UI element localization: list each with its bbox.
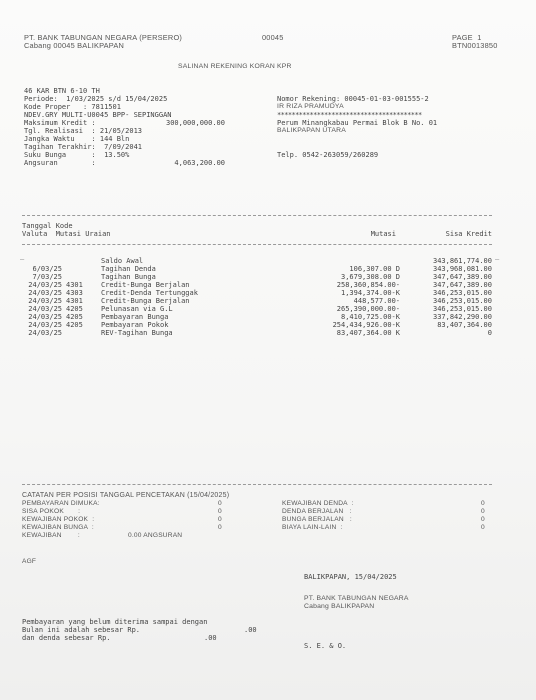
customer-name: IR RIZA PRAMUDYA <box>277 103 344 111</box>
tgl-realisasi: Tgl. Realisasi : 21/05/2013 <box>24 127 142 135</box>
payment-note-value3: .00 <box>204 634 217 642</box>
signature-bank: PT. BANK TABUNGAN NEGARA <box>304 595 409 603</box>
suku-bunga: Suku Bunga : 13.50% <box>24 151 129 159</box>
note-value: 0 <box>218 500 222 508</box>
maksimum-kredit-value: 300,000,000.00 <box>130 119 225 127</box>
note-label: BUNGA BERJALAN : <box>282 516 352 524</box>
note-label: DENDA BERJALAN : <box>282 508 352 516</box>
kode-proper: Kode Proper : 7811501 <box>24 103 121 111</box>
angsuran-value: 4,063,200.00 <box>130 159 225 167</box>
bank-statement-page: PT. BANK TABUNGAN NEGARA (PERSERO) Caban… <box>0 0 536 700</box>
branch-name: Cabang 00045 BALIKPAPAN <box>24 42 124 50</box>
masked-line: **************************************** <box>277 111 422 119</box>
divider <box>22 244 492 245</box>
marker-dash: _ <box>20 252 24 260</box>
row-balance: 0 <box>400 329 492 338</box>
note-label: KEWAJIBAN DENDA : <box>282 500 354 508</box>
divider <box>22 215 492 216</box>
tagihan-terakhir: Tagihan Terakhir: 7/09/2041 <box>24 143 142 151</box>
kewajiban-value: 0.00 ANGSURAN <box>128 532 182 540</box>
document-code: BTN0013850 <box>452 42 498 50</box>
row-description: REV-Tagihan Bunga <box>101 329 173 338</box>
note-label: BIAYA LAIN-LAIN : <box>282 524 343 532</box>
divider <box>22 484 492 485</box>
payment-note-line3: dan denda sebesar Rp. <box>22 634 111 642</box>
branch-code: 00045 <box>262 34 284 42</box>
note-value: 0 <box>481 524 485 532</box>
account-number: Nomor Rekening: 00045-01-03-001555-2 <box>277 95 429 103</box>
maksimum-kredit-label: Maksimum Kredit : <box>24 119 96 127</box>
marker-dash: _ <box>495 252 499 260</box>
period: Periode: 1/03/2025 s/d 15/04/2025 <box>24 95 167 103</box>
note-value: 0 <box>218 516 222 524</box>
notes-title: CATATAN PER POSISI TANGGAL PENCETAKAN (1… <box>22 492 229 500</box>
column-header-mutasi: Mutasi <box>330 230 396 238</box>
column-header-sisa-kredit: Sisa Kredit <box>420 230 492 238</box>
customer-address-2: BALIKPAPAN UTARA <box>277 127 346 135</box>
place-date: BALIKPAPAN, 15/04/2025 <box>304 573 397 581</box>
table-row: 24/03/25REV-Tagihan Bunga83,407,364.00 K… <box>0 329 536 338</box>
customer-address-1: Perum Minangkabau Permai Blok B No. 01 <box>277 119 437 127</box>
developer: NDEV.GRY MULTI-U0045 BPP- SEPINGGAN <box>24 111 172 119</box>
payment-note-value2: .00 <box>244 626 257 634</box>
note-value: 0 <box>481 500 485 508</box>
customer-phone: Telp. 0542-263059/260289 <box>277 151 378 159</box>
note-label: SISA POKOK : <box>22 508 80 516</box>
payment-note-line2: Bulan ini adalah sebesar Rp. <box>22 626 140 634</box>
row-date: 24/03/25 <box>22 329 62 338</box>
signature-branch: Cabang BALIKPAPAN <box>304 603 374 611</box>
jangka-waktu: Jangka Waktu : 144 Bln <box>24 135 129 143</box>
page-title: SALINAN REKENING KORAN KPR <box>178 63 292 71</box>
table-header-row2: Valuta Mutasi Uraian <box>22 230 111 238</box>
kewajiban-label: KEWAJIBAN : <box>22 532 80 540</box>
payment-note-line1: Pembayaran yang belum diterima sampai de… <box>22 618 207 626</box>
note-value: 0 <box>218 524 222 532</box>
angsuran-label: Angsuran : <box>24 159 96 167</box>
note-value: 0 <box>481 516 485 524</box>
seo-mark: S. E. & O. <box>304 642 346 650</box>
note-value: 0 <box>218 508 222 516</box>
note-label: KEWAJIBAN BUNGA : <box>22 524 94 532</box>
agf-label: AGF <box>22 558 36 566</box>
product-name: 46 KAR BTN 6-10 TH <box>24 87 100 95</box>
table-header-row1: Tanggal Kode <box>22 222 73 230</box>
note-label: PEMBAYARAN DIMUKA: <box>22 500 100 508</box>
row-mutation: 83,407,364.00 K <box>290 329 400 338</box>
note-label: KEWAJIBAN POKOK : <box>22 516 94 524</box>
note-value: 0 <box>481 508 485 516</box>
